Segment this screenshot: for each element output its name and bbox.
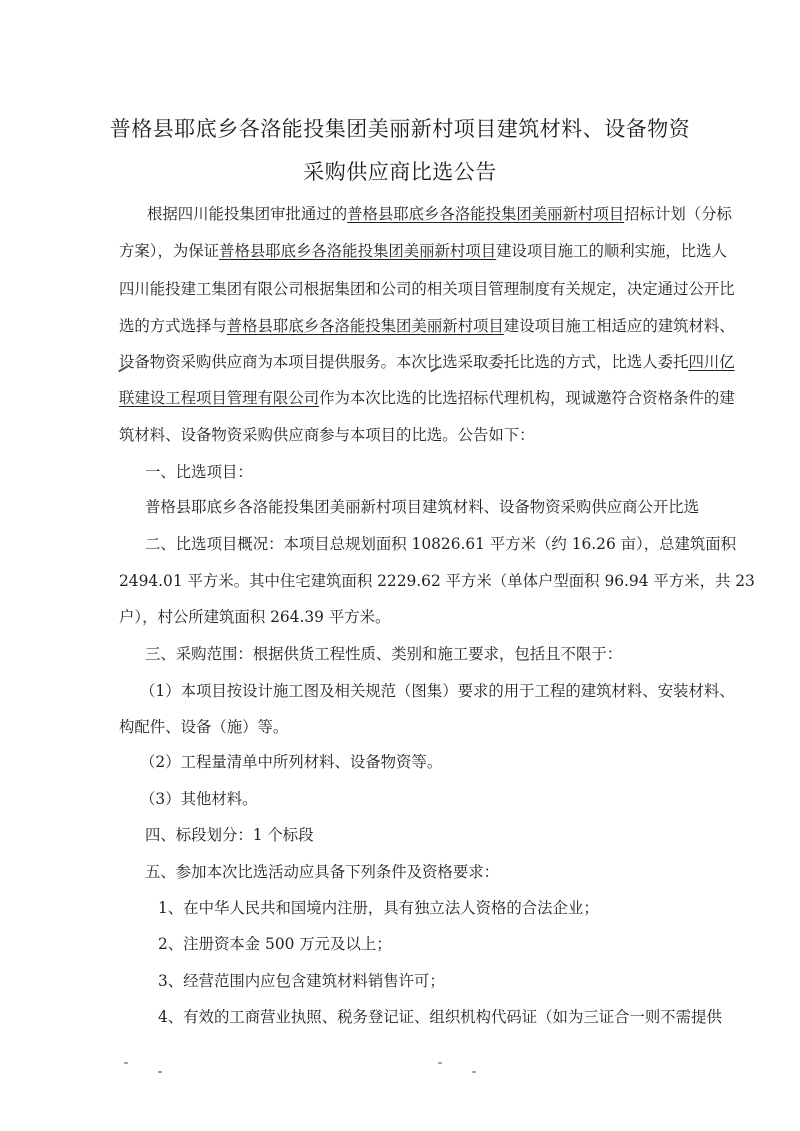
requirement-1: 1、在中华人民共和国境内注册，具有独立法人资格的合法企业；	[158, 898, 599, 918]
requirement-2: 2、注册资本金 500 万元及以上；	[158, 934, 392, 954]
intro-text: 方案），为保证	[119, 242, 219, 260]
document-title-line2: 采购供应商比选公告	[0, 156, 800, 186]
project-name-underlined: 普格县耶底乡各洛能投集团美丽新村项目	[219, 242, 496, 260]
document-page: 普格县耶底乡各洛能投集团美丽新村项目建筑材料、设备物资 采购供应商比选公告 根据…	[0, 0, 800, 1131]
section5-heading: 五、参加本次比选活动应具备下列条件及资格要求：	[145, 862, 499, 882]
scan-mark	[472, 1071, 476, 1073]
intro-text: 建设项目施工的顺利实施，比选人	[496, 242, 727, 260]
intro-line-5: 设备物资采购供应商为本项目提供服务。本次比选采取委托比选的方式，比选人委托四川亿	[119, 352, 735, 372]
section3-item1-line1: （1）本项目按设计施工图及相关规范（图集）要求的用于工程的建筑材料、安装材料、	[140, 681, 735, 701]
requirement-3: 3、经营范围内应包含建筑材料销售许可；	[158, 971, 445, 991]
section2-line-3: 户），村公所建筑面积 264.39 平方米。	[119, 607, 390, 627]
section2-line-1: 二、比选项目概况：本项目总规划面积 10826.61 平方米（约 16.26 亩…	[145, 534, 736, 554]
section3-heading: 三、采购范围：根据供货工程性质、类别和施工要求，包括且不限于：	[145, 644, 622, 664]
section4-heading: 四、标段划分：1 个标段	[145, 825, 314, 845]
requirement-4: 4、有效的工商营业执照、税务登记证、组织机构代码证（如为三证合一则不需提供	[158, 1007, 722, 1027]
intro-line-1: 根据四川能投集团审批通过的普格县耶底乡各洛能投集团美丽新村项目招标计划（分标	[147, 204, 732, 224]
section1-body: 普格县耶底乡各洛能投集团美丽新村项目建筑材料、设备物资采购供应商公开比选	[145, 497, 699, 517]
intro-text: 建设项目施工相适应的建筑材料、	[504, 317, 735, 335]
section3-item2: （2）工程量清单中所列材料、设备物资等。	[140, 752, 442, 772]
scan-mark	[438, 1062, 442, 1064]
intro-text: 招标计划（分标	[624, 205, 732, 223]
intro-line-3: 四川能投建工集团有限公司根据集团和公司的相关项目管理制度有关规定，决定通过公开比	[119, 279, 735, 299]
section3-item1-line2: 构配件、设备（施）等。	[119, 717, 288, 737]
scan-mark	[124, 1062, 128, 1064]
intro-text: 选的方式选择与	[119, 317, 227, 335]
document-title-line1: 普格县耶底乡各洛能投集团美丽新村项目建筑材料、设备物资	[0, 113, 800, 143]
intro-line-6: 联建设工程项目管理有限公司作为本次比选的比选招标代理机构，现诚邀符合资格条件的建	[119, 388, 735, 408]
intro-text: 设备物资采购供应商为本项目提供服务。本次比选采取委托比选的方式，比选人委托	[119, 353, 688, 371]
agency-name-underlined: 四川亿	[688, 353, 734, 371]
intro-line-7: 筑材料、设备物资采购供应商参与本项目的比选。公告如下：	[119, 425, 535, 445]
intro-text: 作为本次比选的比选招标代理机构，现诚邀符合资格条件的建	[319, 389, 735, 407]
scan-mark	[158, 1071, 162, 1073]
section2-line-2: 2494.01 平方米。其中住宅建筑面积 2229.62 平方米（单体户型面积 …	[119, 571, 755, 591]
agency-name-underlined: 联建设工程项目管理有限公司	[119, 389, 319, 407]
project-name-underlined: 普格县耶底乡各洛能投集团美丽新村项目	[347, 205, 624, 223]
project-name-underlined: 普格县耶底乡各洛能投集团美丽新村项目	[227, 317, 504, 335]
intro-line-4: 选的方式选择与普格县耶底乡各洛能投集团美丽新村项目建设项目施工相适应的建筑材料、	[119, 316, 735, 336]
section3-item3: （3）其他材料。	[140, 789, 258, 809]
intro-text: 根据四川能投集团审批通过的	[147, 205, 347, 223]
intro-line-2: 方案），为保证普格县耶底乡各洛能投集团美丽新村项目建设项目施工的顺利实施，比选人	[119, 241, 727, 261]
section1-heading: 一、比选项目：	[145, 462, 253, 482]
